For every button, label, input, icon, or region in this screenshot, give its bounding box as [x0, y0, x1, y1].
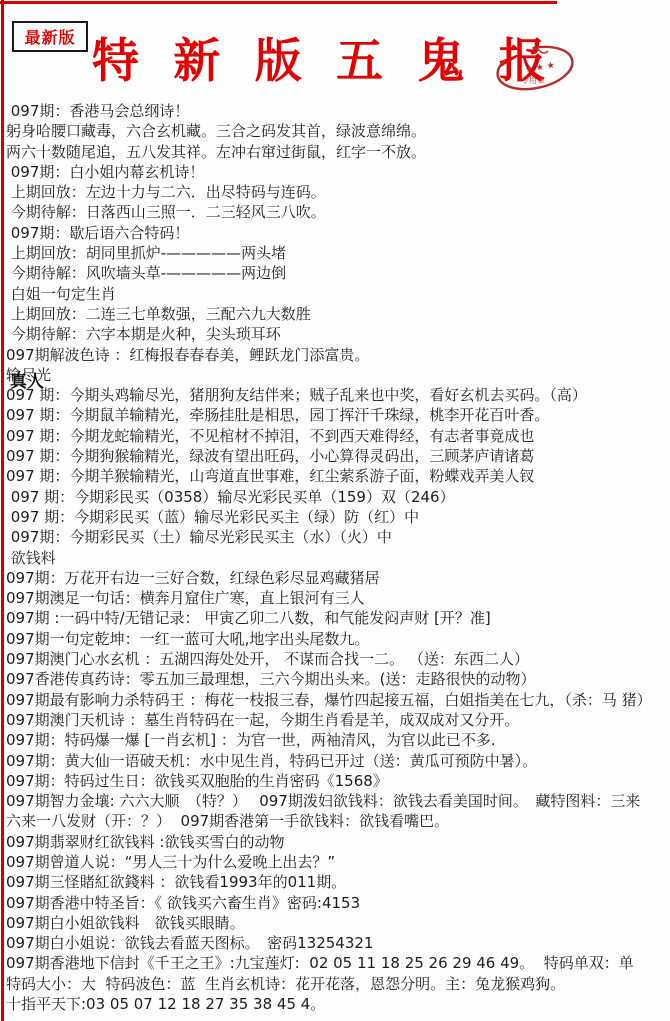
- body-line: 十指平天下:03 05 07 12 18 27 35 38 45 4。: [6, 994, 668, 1014]
- seal-label: 专用章: [521, 75, 545, 85]
- body-line: 097期三怪賭紅欲錢料 ：欲钱看1993年的011期。: [6, 872, 668, 892]
- body-line: 097期香港地下信封《千王之王》:九宝莲灯: 02 05 11 18 25 26…: [6, 953, 668, 973]
- body-line: 097期澳门天机诗 ：墓生肖特码在一起，今期生肖看是羊，成双成对又分开。: [6, 710, 668, 730]
- body-line: 今期待解：风吹墙头草-—————两边倒: [6, 263, 668, 283]
- body-line: 097香港传真药诗：零五加三最理想，三六今期出头来。(送：走路很快的动物）: [6, 669, 668, 689]
- body-line: 097 期：今期头鸡输尽光，猪朋狗友结伴来；贼子乱来也中奖，看好玄机去买码。（高…: [6, 385, 668, 405]
- body-line: 097期：香港马会总纲诗！: [6, 101, 668, 121]
- body-line: 097期曾道人说：“男人三十为什么爱晚上出去？”: [6, 852, 668, 872]
- body-line: 上期回放：左边十力与二六．出尽特码与连码。: [6, 182, 668, 202]
- body-line: 上期回放：胡同里抓炉-—————两头堵: [6, 243, 668, 263]
- body-line: 欲钱料: [6, 548, 668, 568]
- body-line: 097期：今期彩民买（土）输尽光彩民买主（水）（火）中: [6, 527, 668, 547]
- body-line: 097期澳足一句话：横奔月窟住广寒，直上银河有三人: [6, 588, 668, 608]
- body-line: 097期：黄大仙一语破天机：水中见生肖，特码已开过（送：黄瓜可预防中暑）。: [6, 751, 668, 771]
- body-line: 097期智力金壤: 六六大顺 （特？） 097期泼妇欲钱料：欲钱去看美国时间。 …: [6, 791, 668, 811]
- body-line: 097期 :一码中特/无错记录： 甲寅乙卯二八数，和气能发闷声财 [开？准]: [6, 608, 668, 628]
- seal-stars: ★ ★ ★: [524, 61, 555, 76]
- body-line: 两六十数随尾追，五八发其祥。左冲右窜过街鼠，红字一不放。: [6, 142, 668, 162]
- body-line: 097期澳门心水玄机 ：五湖四海处处开， 不谋而合找一二。 （送：东西二人）: [6, 649, 668, 669]
- page-border-top: [0, 1, 557, 4]
- seal-stamp-icon: ★ ★ ★ 专用章: [492, 38, 578, 96]
- body-line: 097期：白小姐内幕玄机诗！: [6, 162, 668, 182]
- body-line: 特码大小：大 特码波色：蓝 生肖玄机诗：花开花落，恩怨分明。主：兔龙猴鸡狗。: [6, 974, 668, 994]
- body-line: 097期：万花开右边一三好合数，红绿色彩尽显鸡藏猪居: [6, 568, 668, 588]
- five-ghost-report-sheet: 最新版 特 新 版 五 鬼 报 ★ ★ ★ 专用章 097期：香港马会总纲诗！躬…: [0, 0, 670, 1021]
- latest-edition-badge: 最新版: [12, 21, 88, 52]
- body-line: 097 期：今期狗猴输精光，绿波有望出旺码，小心算得灵码出，三顾茅庐请诸葛: [6, 446, 668, 466]
- body-line: 097期解波色诗 ：红梅报春春春美，鲤跃龙门添富贵。: [6, 345, 668, 365]
- page-title: 特 新 版 五 鬼 报: [92, 36, 555, 88]
- body-line: 097 期：今期彩民买（蓝）输尽光彩民买主（绿）防（红）中: [6, 507, 668, 527]
- body-line: 今期待解：六字本期是火种，尖头琐耳环: [6, 324, 668, 344]
- body-line: 六来一八发财（开：？） 097期香港第一手欲钱料：欲钱看嘴巴。: [6, 811, 668, 831]
- body-line: 097期白小姐欲钱料 欲钱买眼睛。: [6, 913, 668, 933]
- body-line: 097期最有影响力杀特码王 ：梅花一枝报三春，爆竹四起接五福，白姐指美在七九，（…: [6, 690, 668, 710]
- body-line: 097 期：今期羊猴输精光，山弯道直世事难，红尘萦系游子面，粉蝶戏弄美人钗: [6, 466, 668, 486]
- body-line: 097期一句定乾坤：一红一蓝可大吼,地字出头尾数九。: [6, 629, 668, 649]
- seal-squiggle: [532, 49, 548, 53]
- body-line: 白姐一句定生肖: [6, 284, 668, 304]
- body-line: 今期待解：日落西山三照一．二三轻风三八吹。: [6, 202, 668, 222]
- body-line: 上期回放：二连三七单数强，三配六九大数胜: [6, 304, 668, 324]
- body-line: 097期：特码爆一爆 [一肖玄机] ：为官一世，两袖清风，为官以此已不多.: [6, 730, 668, 750]
- latest-edition-label: 最新版: [24, 25, 75, 48]
- body-line: 097期白小姐说：欲钱去看蓝天图标。 密码13254321: [6, 933, 668, 953]
- body-line: 097期：特码过生日：欲钱买双胞胎的生肖密码《1568》: [6, 771, 668, 791]
- body-line: 097 期：今期鼠羊输精光，牵肠挂肚是相思，园丁挥汗千珠绿，桃李开花百叶香。: [6, 405, 668, 425]
- body-lines: 097期：香港马会总纲诗！躬身哈腰口藏毒，六合玄机藏。三合之码发其首，绿波意绵绵…: [6, 101, 668, 1014]
- body-line: 097期香港中特圣旨：《 欲钱买六畜生肖》密码:4153: [6, 893, 668, 913]
- body-line: 躬身哈腰口藏毒，六合玄机藏。三合之码发其首，绿波意绵绵。: [6, 121, 668, 141]
- body-line: 097 期：今期彩民买（0358）输尽光彩民买单（159）双（246）: [6, 487, 668, 507]
- page-border-left: [1, 0, 4, 1021]
- body-line: 097期翡翠财红欲钱料 :欲钱买雪白的动物: [6, 832, 668, 852]
- body-line: 097期：歇后语六合特码！: [6, 223, 668, 243]
- body-line: 097 期：今期龙蛇输精光，不见棺材不掉泪，不到西天难得经，有志者事竟成也: [6, 426, 668, 446]
- body-line: 输尽光真人: [6, 365, 668, 385]
